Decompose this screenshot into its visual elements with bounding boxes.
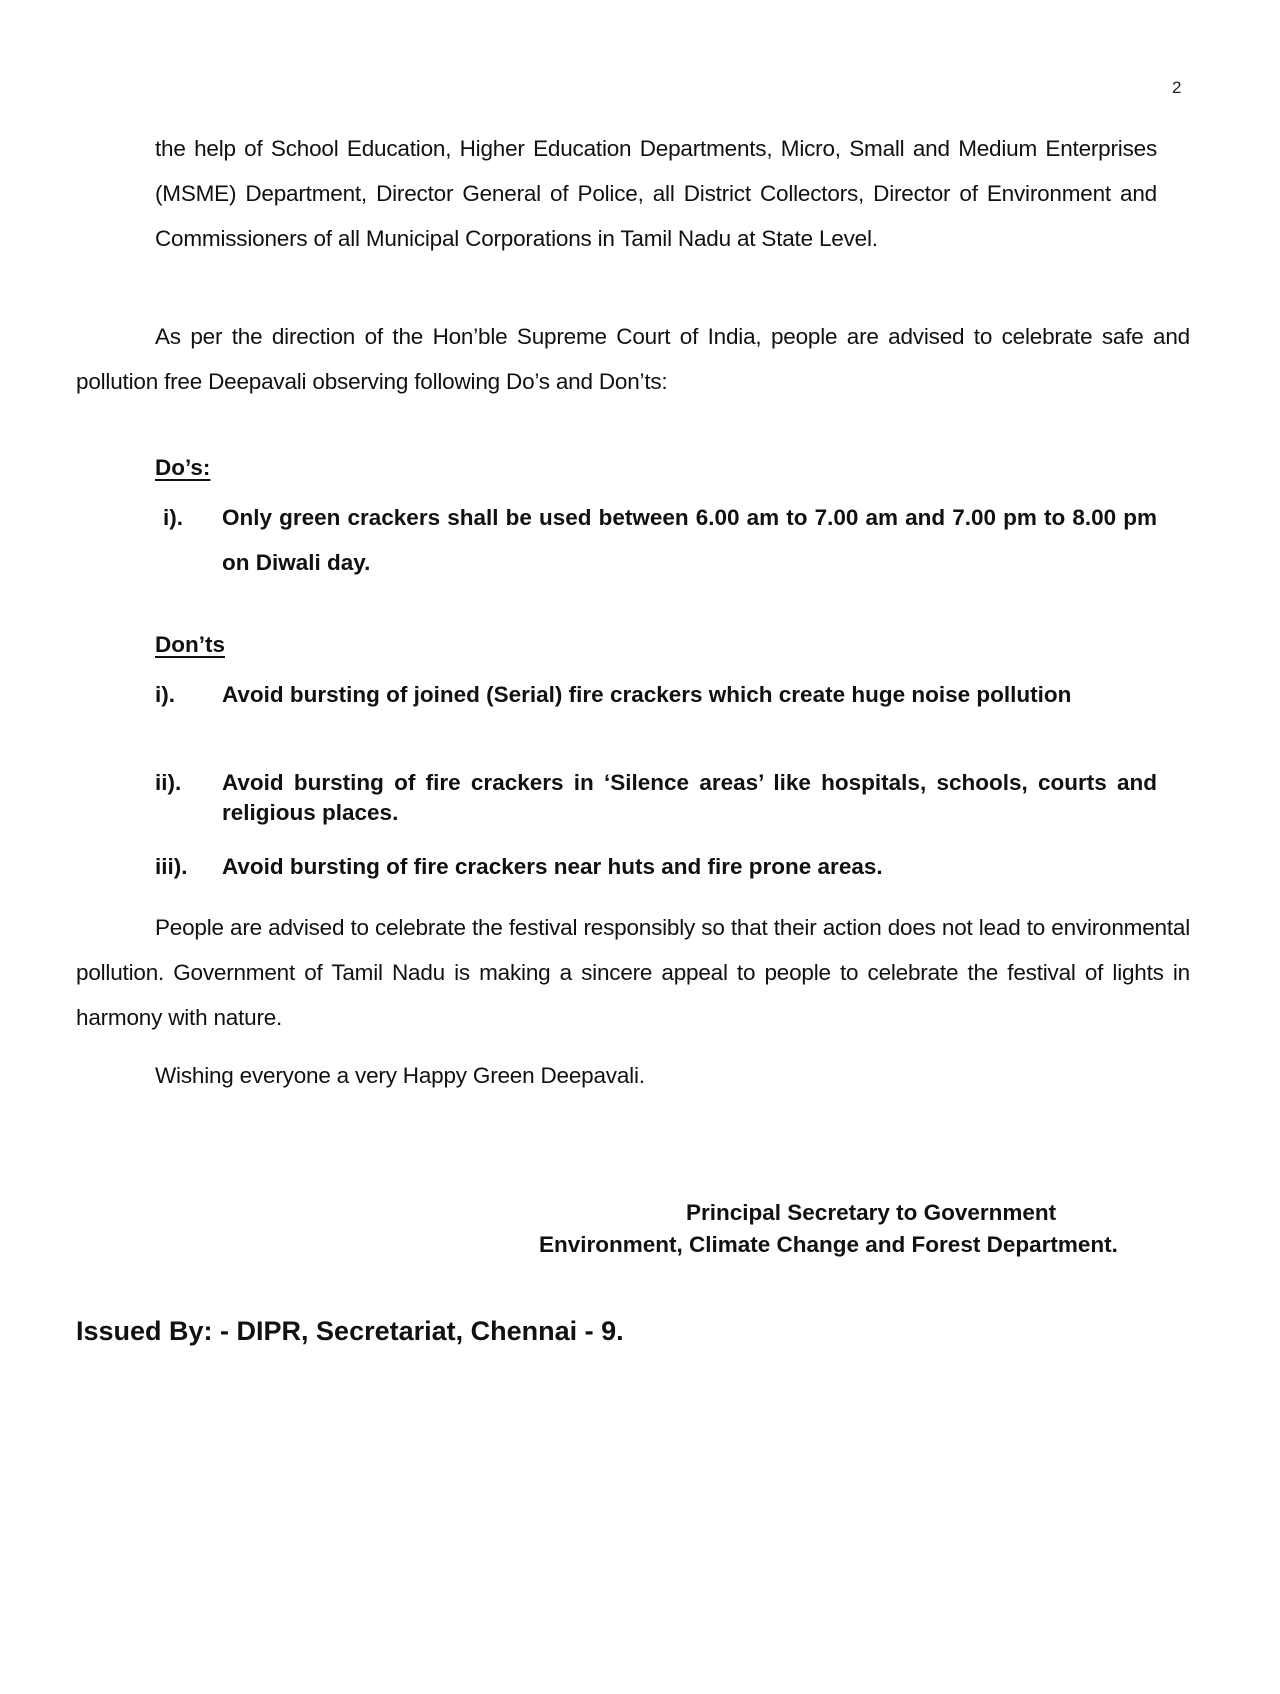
item-number: i). [163,495,183,540]
donts-item: ii). Avoid bursting of fire crackers in … [155,768,1157,828]
signature-title: Principal Secretary to Government [686,1200,1056,1226]
page-number: 2 [1172,78,1181,98]
wishes-line: Wishing everyone a very Happy Green Deep… [76,1053,1190,1098]
item-text: Avoid bursting of fire crackers in ‘Sile… [222,768,1157,828]
dos-item: i). Only green crackers shall be used be… [155,495,1157,585]
donts-item: iii). Avoid bursting of fire crackers ne… [155,852,1157,882]
item-text: Avoid bursting of fire crackers near hut… [222,852,1157,882]
donts-item: i). Avoid bursting of joined (Serial) fi… [155,672,1157,717]
item-number: iii). [155,852,188,882]
direction-paragraph: As per the direction of the Hon’ble Supr… [76,314,1190,404]
item-number: i). [155,672,175,717]
donts-heading: Don’ts [155,632,225,658]
closing-paragraph: People are advised to celebrate the fest… [76,905,1190,1040]
dos-heading: Do’s: [155,455,210,481]
item-text: Only green crackers shall be used betwee… [222,495,1157,585]
item-text: Avoid bursting of joined (Serial) fire c… [222,672,1157,717]
intro-paragraph: the help of School Education, Higher Edu… [155,126,1157,261]
item-number: ii). [155,768,181,798]
issued-by: Issued By: - DIPR, Secretariat, Chennai … [76,1316,624,1347]
signature-department: Environment, Climate Change and Forest D… [539,1232,1118,1258]
